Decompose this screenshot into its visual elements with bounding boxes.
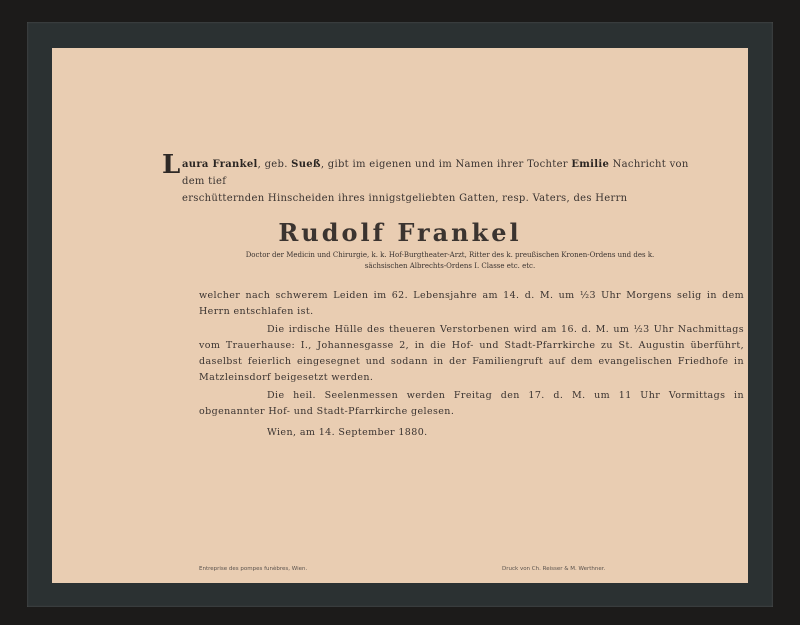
- intro-line-2: erschütternden Hinscheiden ihres innigst…: [168, 190, 698, 207]
- deceased-titles: Doctor der Medicin und Chirurgie, k. k. …: [240, 250, 660, 272]
- date-line-wrap: Wien, am 14. September 1880.: [199, 425, 744, 441]
- paragraph-funeral: Die irdische Hülle des theueren Verstorb…: [199, 322, 744, 386]
- maiden-name: Sueß: [291, 159, 321, 170]
- decorative-initial: L: [162, 152, 181, 178]
- paragraph-death: welcher nach schwerem Leiden im 62. Lebe…: [199, 288, 744, 320]
- daughter-name: Emilie: [571, 159, 609, 170]
- intro-text: L aura Frankel, geb. Sueß, gibt im eigen…: [168, 156, 698, 207]
- paragraph-masses: Die heil. Seelenmessen werden Freitag de…: [199, 388, 744, 420]
- intro-line-1: aura Frankel, geb. Sueß, gibt im eigenen…: [168, 156, 698, 190]
- date-line: Wien, am 14. September 1880.: [267, 427, 428, 438]
- footer-undertaker: Entreprise des pompes funèbres, Wien.: [199, 566, 307, 572]
- widow-name: aura Frankel: [182, 159, 258, 170]
- footer-printer: Druck von Ch. Reisser & M. Werthner.: [502, 566, 605, 572]
- deceased-name: Rudolf Frankel: [52, 218, 748, 247]
- death-notice-paper: L aura Frankel, geb. Sueß, gibt im eigen…: [52, 48, 748, 583]
